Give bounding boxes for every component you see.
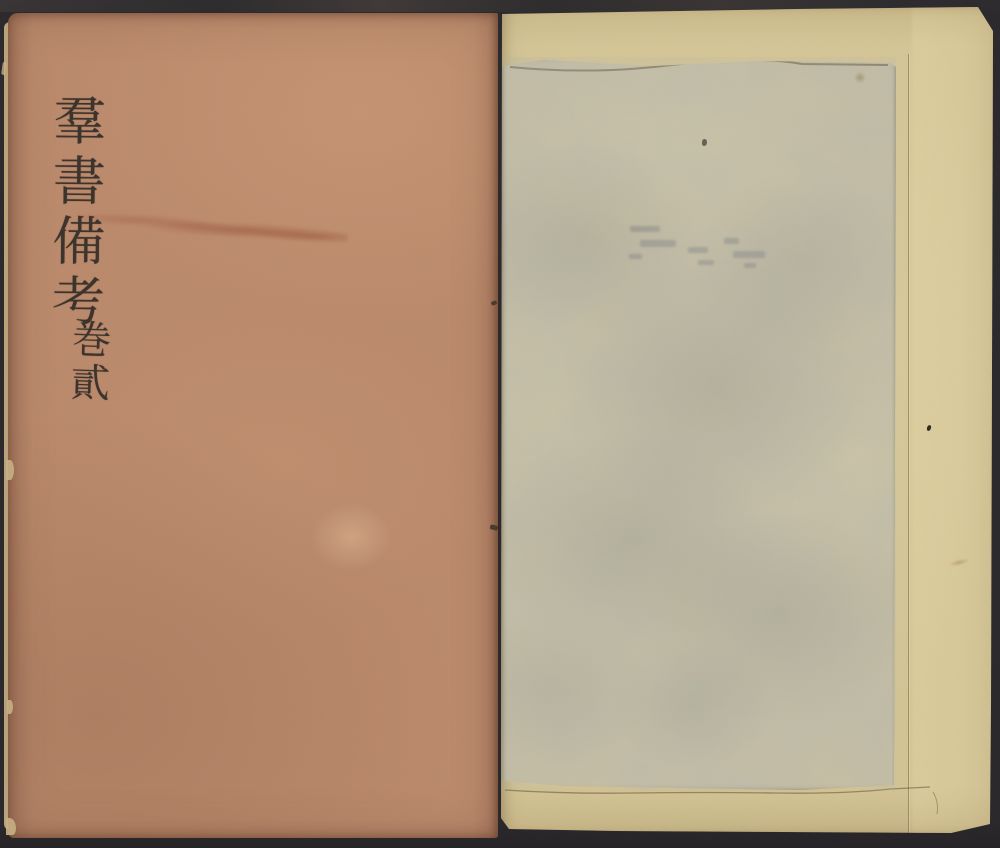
ghost-text-mark bbox=[698, 260, 714, 265]
ghost-text-mark bbox=[733, 251, 765, 258]
ghost-text-mark bbox=[640, 240, 676, 247]
tissue-top-edge-shadow bbox=[502, 57, 896, 791]
ghost-text-mark bbox=[688, 247, 708, 253]
cover-worn-notch bbox=[6, 460, 14, 480]
red-scuff-stain bbox=[77, 199, 349, 255]
tissue-overlay-sheet bbox=[502, 57, 896, 791]
ghost-text-mark bbox=[744, 263, 756, 268]
spine-stitch bbox=[490, 300, 497, 306]
cover-title-calligraphy: 羣書備考 bbox=[47, 93, 102, 333]
ghost-text-mark bbox=[724, 238, 739, 244]
book-scan-photo: 羣書備考 巻貳 bbox=[0, 0, 1000, 848]
book-cover-left: 羣書備考 巻貳 bbox=[8, 13, 498, 838]
ghost-text-mark bbox=[629, 254, 642, 259]
cover-volume-label: 巻貳 bbox=[67, 318, 109, 405]
cover-worn-notch bbox=[6, 818, 16, 835]
olive-spot bbox=[854, 72, 866, 83]
spine-stitch bbox=[489, 524, 498, 531]
ghost-text-mark bbox=[630, 226, 660, 232]
cover-worn-notch bbox=[7, 700, 13, 714]
